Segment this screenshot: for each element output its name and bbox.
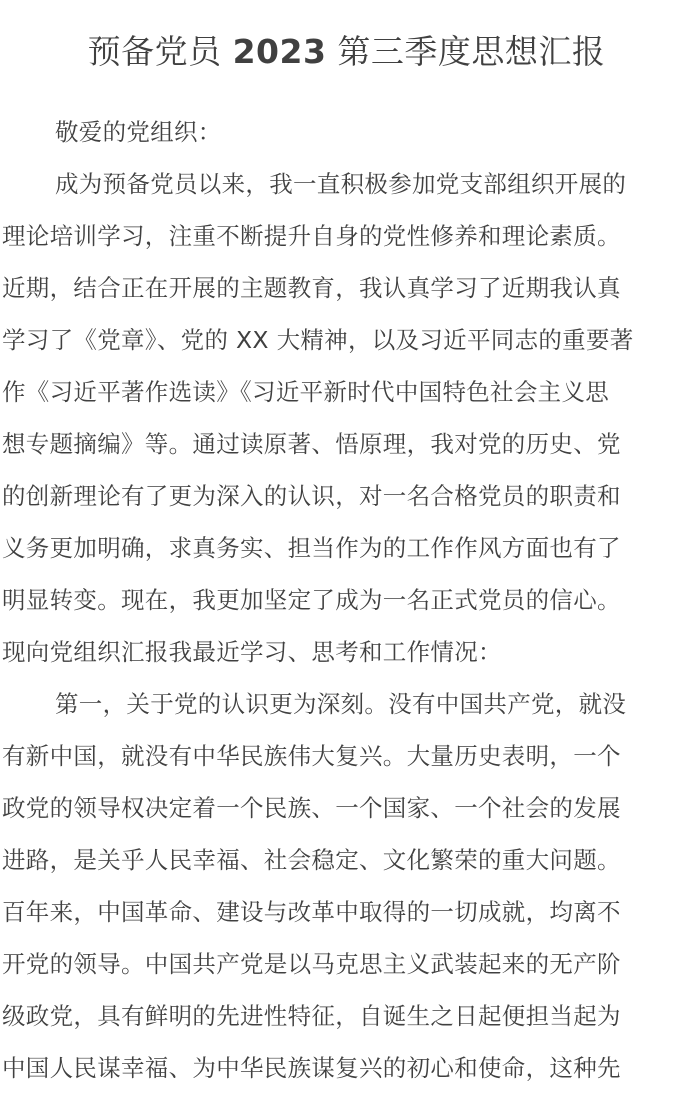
paragraph-line: 现向党组织汇报我最近学习、思考和工作情况： — [2, 636, 502, 668]
paragraph-line: 中国人民谋幸福、为中华民族谋复兴的初心和使命，这种先 — [2, 1052, 621, 1084]
document-title: 预备党员 2023 第三季度思想汇报 — [0, 28, 693, 76]
paragraph-line: 义务更加明确，求真务实、担当作为的工作作风方面也有了 — [2, 532, 621, 564]
paragraph-line: 的创新理论有了更为深入的认识，对一名合格党员的职责和 — [2, 480, 621, 512]
paragraph-line: 想专题摘编》等。通过读原著、悟原理，我对党的历史、党 — [2, 428, 621, 460]
paragraph-line: 作《习近平著作选读》《习近平新时代中国特色社会主义思 — [2, 376, 609, 408]
salutation: 敬爱的党组织： — [55, 116, 222, 148]
paragraph-line: 百年来，中国革命、建设与改革中取得的一切成就，均离不 — [2, 896, 621, 928]
title-year: 2023 — [233, 32, 327, 71]
title-prefix: 预备党员 — [88, 32, 233, 71]
paragraph-line: 进路，是关乎人民幸福、社会稳定、文化繁荣的重大问题。 — [2, 844, 621, 876]
paragraph-line: 政党的领导权决定着一个民族、一个国家、一个社会的发展 — [2, 792, 621, 824]
paragraph-line: 明显转变。现在，我更加坚定了成为一名正式党员的信心。 — [2, 584, 621, 616]
paragraph-line: 开党的领导。中国共产党是以马克思主义武装起来的无产阶 — [2, 948, 621, 980]
paragraph-line: 理论培训学习，注重不断提升自身的党性修养和理论素质。 — [2, 220, 621, 252]
paragraph-line: 近期，结合正在开展的主题教育，我认真学习了近期我认真 — [2, 272, 621, 304]
paragraph-line: 第一，关于党的认识更为深刻。没有中国共产党，就没 — [55, 688, 626, 720]
paragraph-line: 级政党，具有鲜明的先进性特征，自诞生之日起便担当起为 — [2, 1000, 621, 1032]
paragraph-line: 有新中国，就没有中华民族伟大复兴。大量历史表明，一个 — [2, 740, 621, 772]
title-suffix: 第三季度思想汇报 — [326, 32, 605, 71]
paragraph-line: 成为预备党员以来，我一直积极参加党支部组织开展的 — [55, 168, 626, 200]
paragraph-line: 学习了《党章》、党的 XX 大精神，以及习近平同志的重要著 — [2, 324, 634, 356]
